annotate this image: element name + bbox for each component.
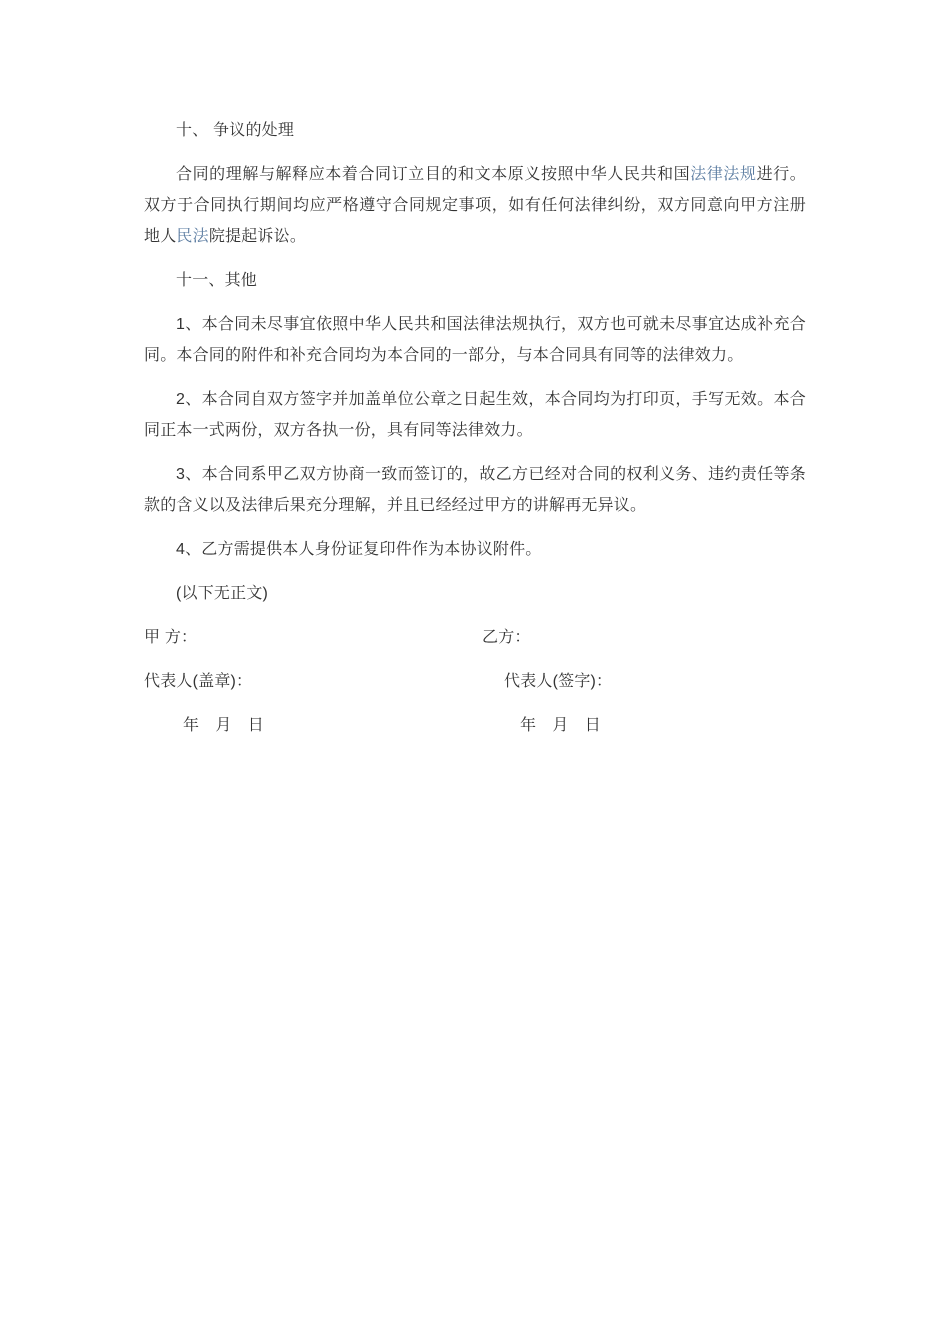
contract-paragraph: (以下无正文) [144, 578, 806, 609]
contract-paragraph: 合同的理解与解释应本着合同订立目的和文本原义按照中华人民共和国法律法规进行。双方… [144, 159, 806, 252]
signature-row-dates: 年 月 日 年 月 日 [144, 710, 806, 741]
legal-term-link[interactable]: 民法 [176, 228, 208, 245]
party-b-label: 乙方： [482, 622, 531, 653]
signature-block: 甲 方： 乙方： 代表人(盖章)： 代表人(签字)： 年 月 日 年 月 日 [144, 622, 806, 741]
contract-paragraph: 4、乙方需提供本人身份证复印件作为本协议附件。 [144, 534, 806, 565]
contract-paragraph: 3、本合同系甲乙双方协商一致而签订的，故乙方已经对合同的权利义务、违约责任等条款… [144, 459, 806, 521]
section-heading: 十一、其他 [144, 265, 806, 296]
section-heading: 十、 争议的处理 [144, 115, 806, 146]
contract-page: 十、 争议的处理合同的理解与解释应本着合同订立目的和文本原义按照中华人民共和国法… [0, 0, 950, 1344]
contract-content: 十、 争议的处理合同的理解与解释应本着合同订立目的和文本原义按照中华人民共和国法… [144, 115, 806, 754]
contract-body: 十、 争议的处理合同的理解与解释应本着合同订立目的和文本原义按照中华人民共和国法… [144, 115, 806, 609]
rep-a-label: 代表人(盖章)： [144, 666, 252, 697]
date-a-label: 年 月 日 [183, 710, 264, 741]
contract-paragraph: 2、本合同自双方签字并加盖单位公章之日起生效，本合同均为打印页，手写无效。本合同… [144, 384, 806, 446]
date-b-label: 年 月 日 [520, 710, 601, 741]
rep-b-label: 代表人(签字)： [504, 666, 612, 697]
signature-row-parties: 甲 方： 乙方： [144, 622, 806, 653]
contract-paragraph: 1、本合同未尽事宜依照中华人民共和国法律法规执行，双方也可就未尽事宜达成补充合同… [144, 309, 806, 371]
party-a-label: 甲 方： [144, 622, 197, 653]
signature-row-representatives: 代表人(盖章)： 代表人(签字)： [144, 666, 806, 697]
legal-term-link[interactable]: 法律法规 [690, 166, 756, 183]
